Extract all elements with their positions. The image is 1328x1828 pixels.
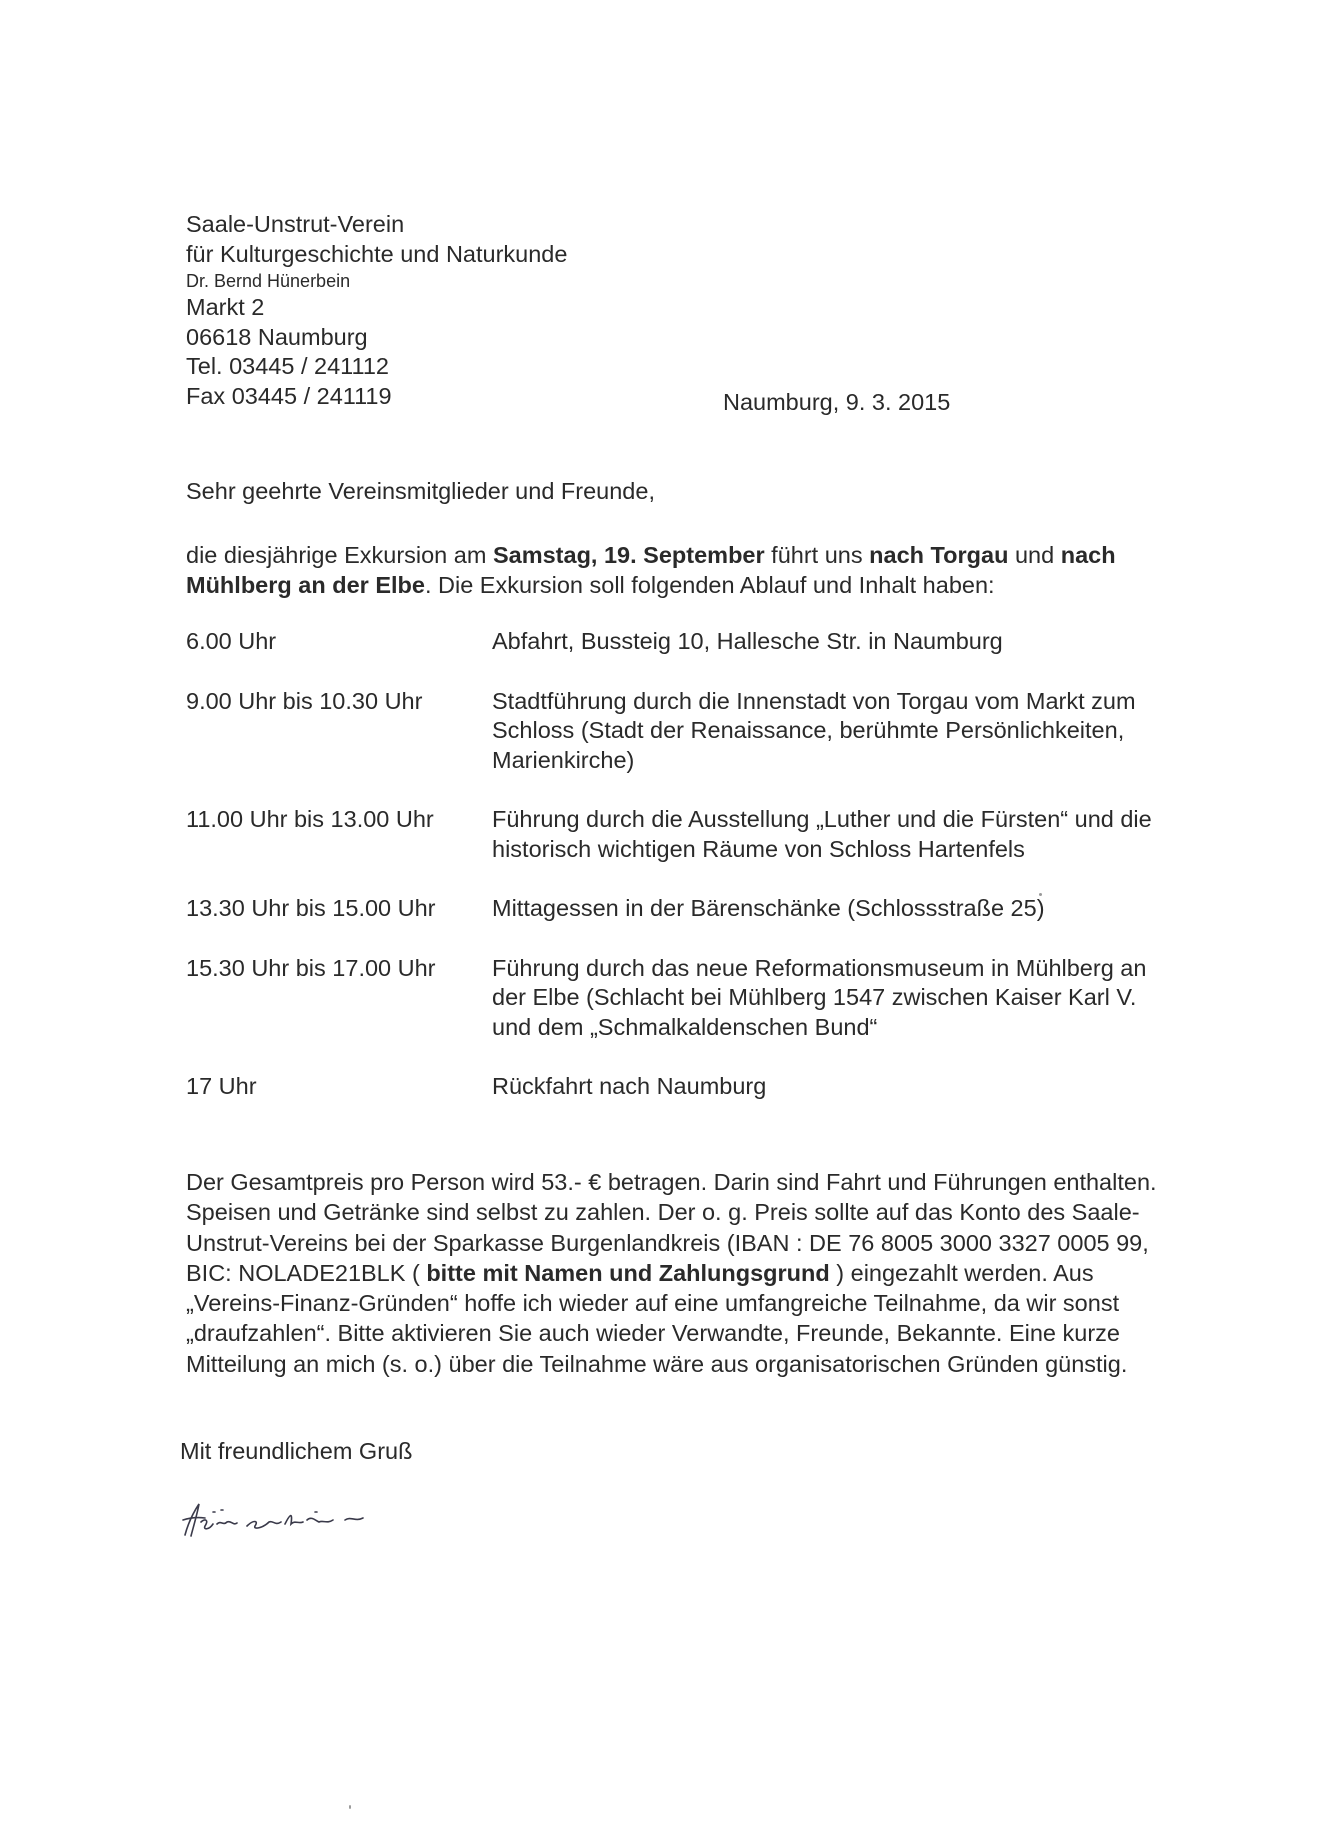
- schedule-row: 13.30 Uhr bis 15.00 Uhr Mittagessen in d…: [186, 894, 1186, 924]
- scan-speck: [349, 1805, 351, 1809]
- sender-tel: Tel. 03445 / 241112: [186, 352, 567, 382]
- signature-icon: [175, 1490, 415, 1555]
- schedule-row: 6.00 Uhr Abfahrt, Bussteig 10, Hallesche…: [186, 627, 1186, 657]
- schedule-table: 6.00 Uhr Abfahrt, Bussteig 10, Hallesche…: [186, 627, 1186, 1132]
- sender-city: 06618 Naumburg: [186, 323, 567, 353]
- schedule-time: 9.00 Uhr bis 10.30 Uhr: [186, 687, 492, 776]
- schedule-description: Führung durch das neue Reformationsmuseu…: [492, 954, 1182, 1043]
- schedule-time: 13.30 Uhr bis 15.00 Uhr: [186, 894, 492, 924]
- intro-text: führt uns: [765, 542, 870, 568]
- sender-org-line1: Saale-Unstrut-Verein: [186, 210, 567, 240]
- greeting: Sehr geehrte Vereinsmitglieder und Freun…: [186, 478, 655, 505]
- schedule-time: 11.00 Uhr bis 13.00 Uhr: [186, 805, 492, 864]
- sender-org-line2: für Kulturgeschichte und Naturkunde: [186, 240, 567, 270]
- schedule-row: 11.00 Uhr bis 13.00 Uhr Führung durch di…: [186, 805, 1186, 864]
- scan-speck: [1039, 893, 1042, 896]
- intro-text: . Die Exkursion soll folgenden Ablauf un…: [425, 572, 995, 598]
- schedule-description: Rückfahrt nach Naumburg: [492, 1072, 1182, 1102]
- intro-date-bold: Samstag, 19. September: [493, 542, 765, 568]
- schedule-description: Stadtführung durch die Innenstadt von To…: [492, 687, 1182, 776]
- intro-text: und: [1008, 542, 1060, 568]
- sender-name: Dr. Bernd Hünerbein: [186, 269, 567, 293]
- intro-text: die diesjährige Exkursion am: [186, 542, 493, 568]
- schedule-row: 17 Uhr Rückfahrt nach Naumburg: [186, 1072, 1186, 1102]
- intro-paragraph: die diesjährige Exkursion am Samstag, 19…: [186, 540, 1186, 600]
- payment-paragraph: Der Gesamtpreis pro Person wird 53.- € b…: [186, 1167, 1186, 1379]
- schedule-description: Mittagessen in der Bärenschänke (Schloss…: [492, 894, 1182, 924]
- sender-block: Saale-Unstrut-Verein für Kulturgeschicht…: [186, 210, 567, 411]
- sender-street: Markt 2: [186, 293, 567, 323]
- schedule-row: 9.00 Uhr bis 10.30 Uhr Stadtführung durc…: [186, 687, 1186, 776]
- schedule-time: 17 Uhr: [186, 1072, 492, 1102]
- schedule-description: Abfahrt, Bussteig 10, Hallesche Str. in …: [492, 627, 1182, 657]
- payment-note-bold: bitte mit Namen und Zahlungs­grund: [426, 1260, 829, 1286]
- intro-destination-bold: nach Torgau: [869, 542, 1008, 568]
- schedule-description: Führung durch die Ausstellung „Luther un…: [492, 805, 1182, 864]
- schedule-row: 15.30 Uhr bis 17.00 Uhr Führung durch da…: [186, 954, 1186, 1043]
- letter-date: Naumburg, 9. 3. 2015: [723, 389, 950, 416]
- schedule-time: 6.00 Uhr: [186, 627, 492, 657]
- schedule-time: 15.30 Uhr bis 17.00 Uhr: [186, 954, 492, 1043]
- sender-fax: Fax 03445 / 241119: [186, 382, 567, 412]
- closing: Mit freundlichem Gruß: [180, 1438, 412, 1465]
